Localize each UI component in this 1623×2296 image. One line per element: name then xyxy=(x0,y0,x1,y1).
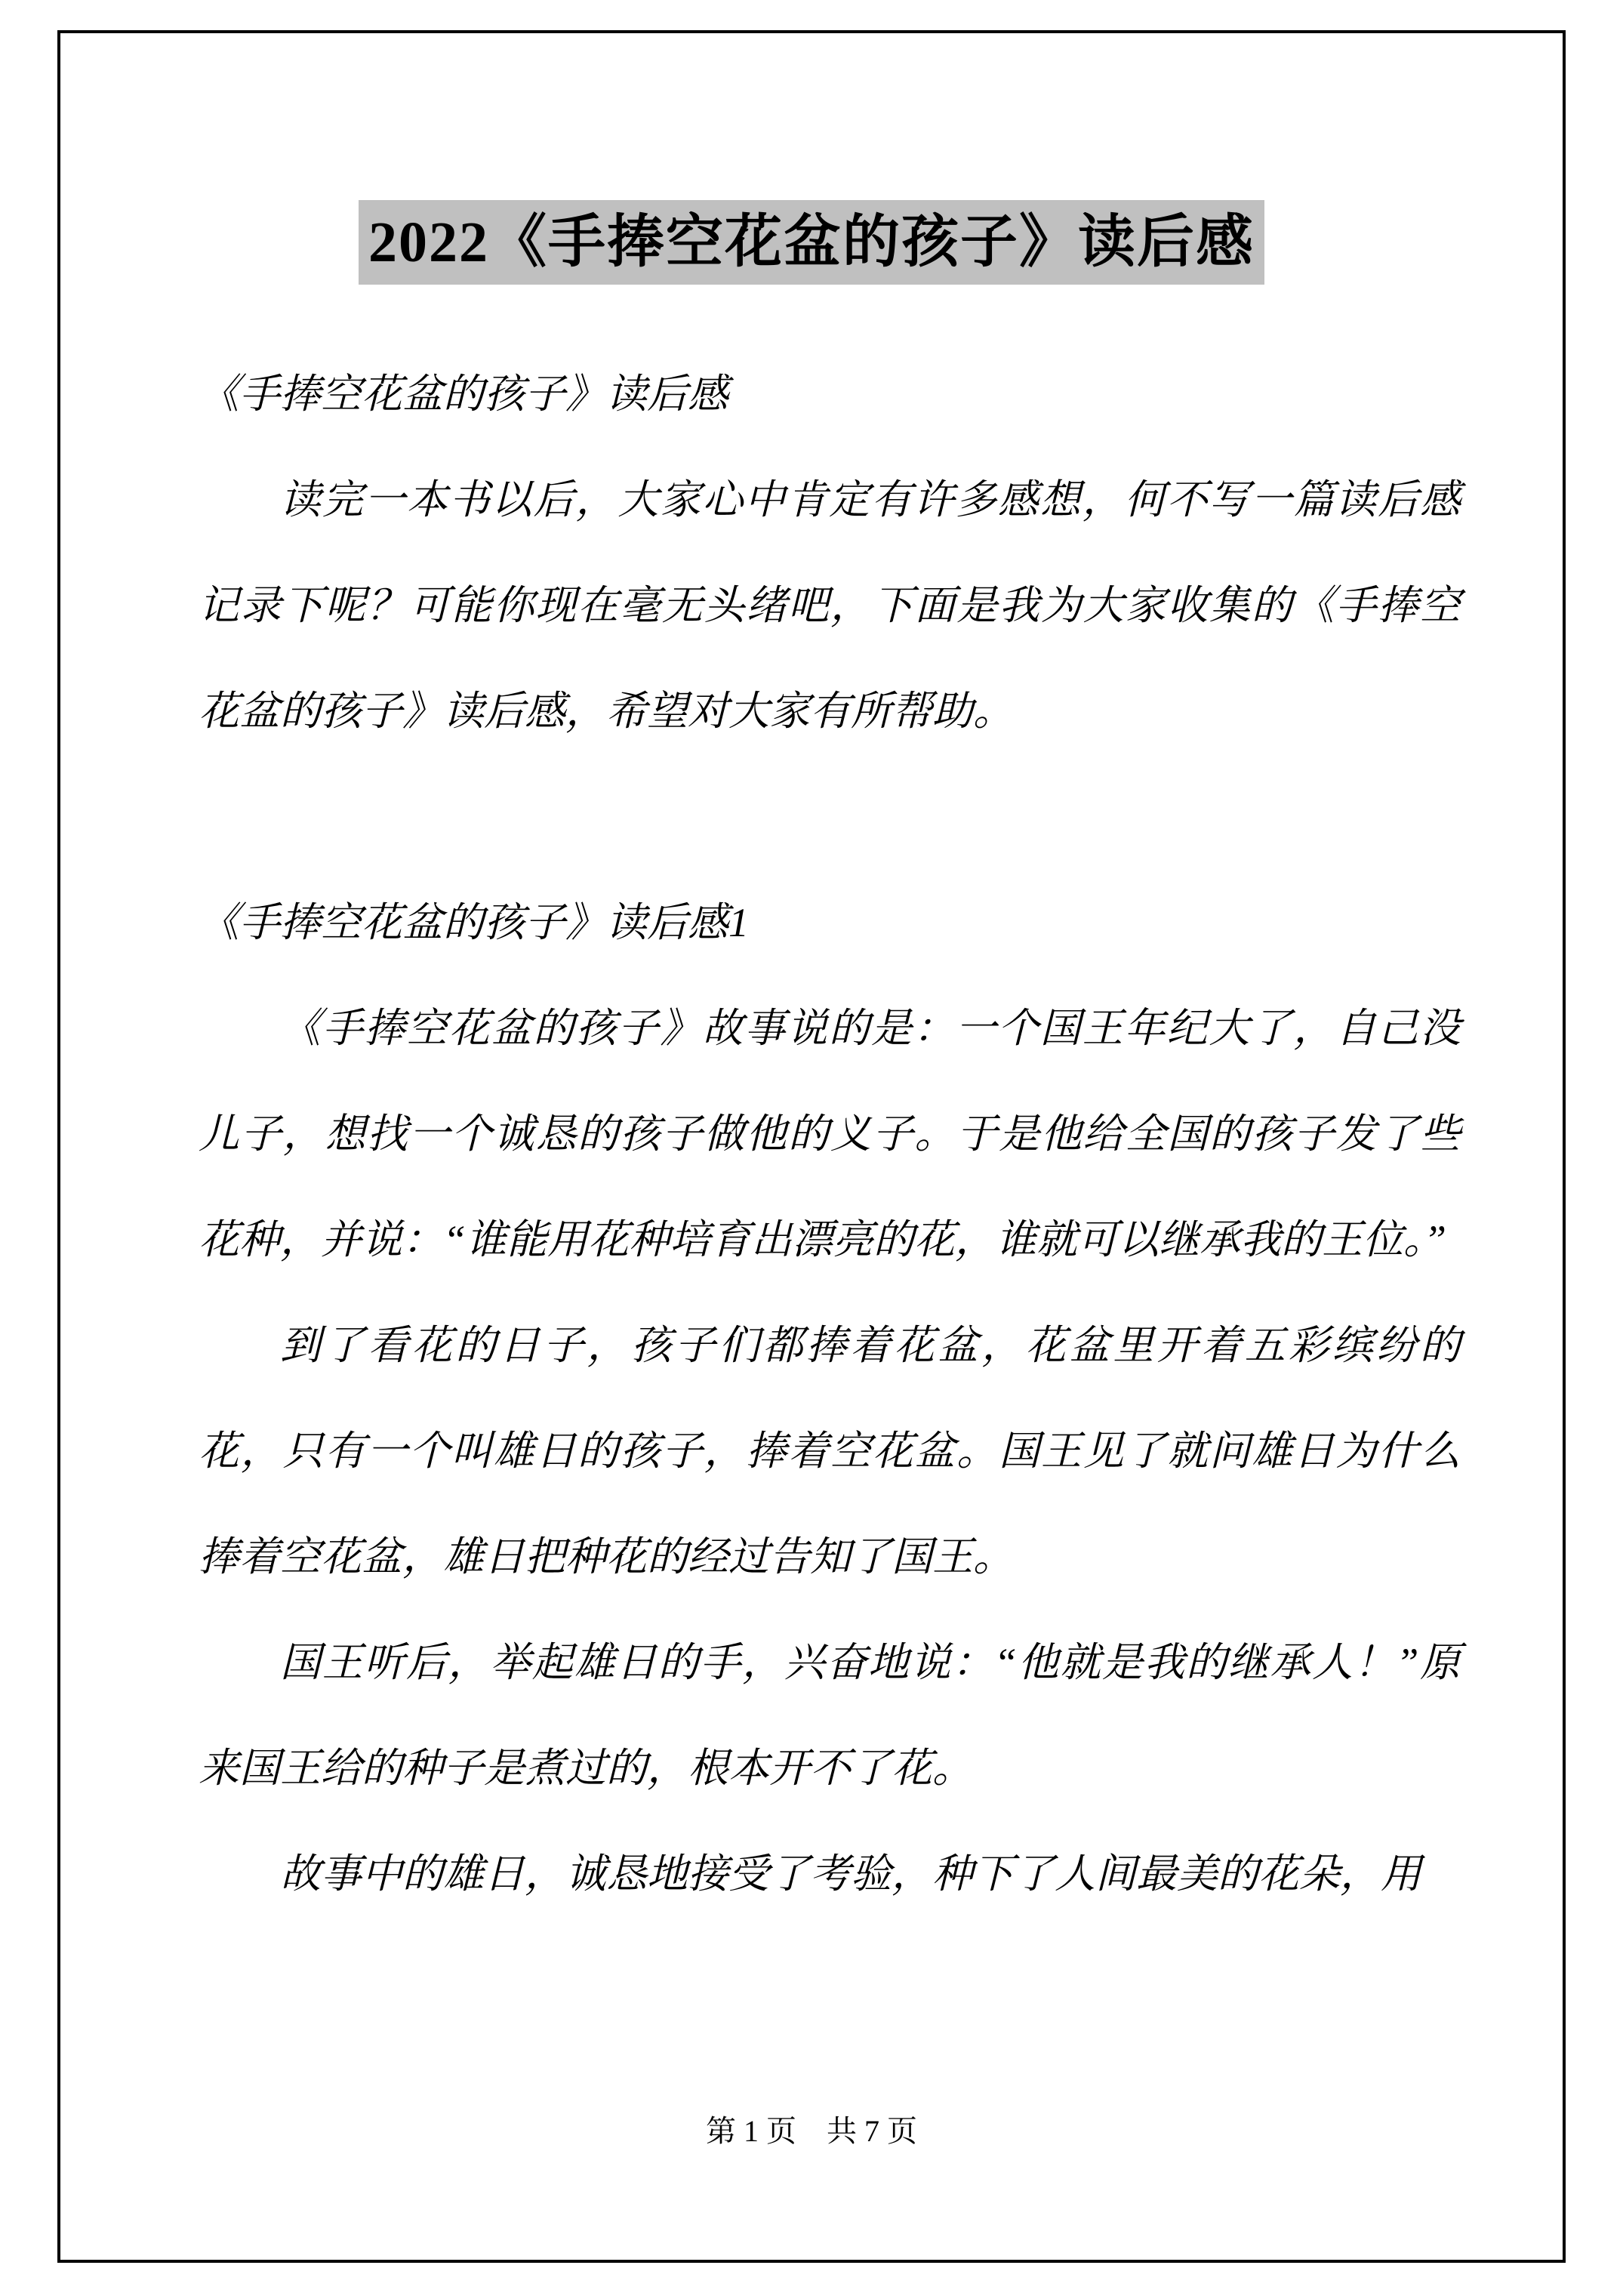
document-body: 《手捧空花盆的孩子》读后感 读完一本书以后，大家心中肯定有许多感想，何不写一篇读… xyxy=(199,341,1461,1927)
paragraph-flower-day: 到了看花的日子，孩子们都捧着花盆，花盆里开着五彩缤纷的花，只有一个叫雄日的孩子，… xyxy=(199,1293,1461,1610)
page-number-indicator: 第 1 页 共 7 页 xyxy=(706,2114,917,2148)
paragraph-king-decision: 国王听后，举起雄日的手，兴奋地说：“他就是我的继承人！”原来国王给的种子是煮过的… xyxy=(199,1610,1461,1821)
paragraph-subtitle: 《手捧空花盆的孩子》读后感 xyxy=(199,341,1461,447)
paragraph-intro: 读完一本书以后，大家心中肯定有许多感想，何不写一篇读后感记录下呢？可能你现在毫无… xyxy=(199,447,1461,764)
paragraph-story-setup: 《手捧空花盆的孩子》故事说的是：一个国王年纪大了，自己没儿子，想找一个诚恳的孩子… xyxy=(199,975,1461,1293)
document-page: 2022《手捧空花盆的孩子》读后感 《手捧空花盆的孩子》读后感 读完一本书以后，… xyxy=(0,0,1623,2296)
paragraph-moral-start: 故事中的雄日，诚恳地接受了考验，种下了人间最美的花朵，用 xyxy=(199,1821,1461,1927)
paragraph-section-heading-1: 《手捧空花盆的孩子》读后感1 xyxy=(199,870,1461,975)
page-footer: 第 1 页 共 7 页 xyxy=(0,2110,1623,2153)
title-row: 2022《手捧空花盆的孩子》读后感 xyxy=(0,200,1623,285)
document-title: 2022《手捧空花盆的孩子》读后感 xyxy=(359,200,1264,285)
